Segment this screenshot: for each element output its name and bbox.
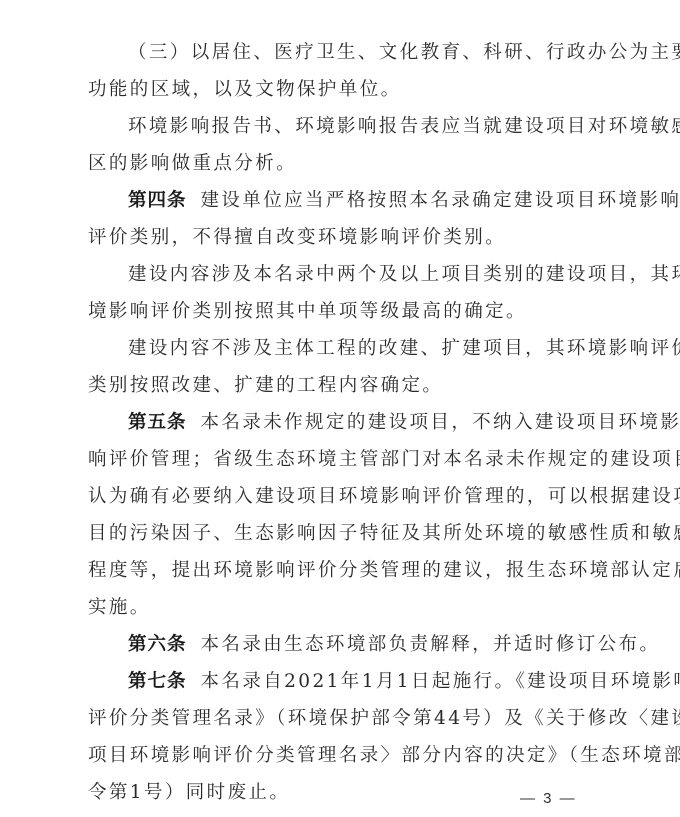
text-line: 实施。 xyxy=(48,589,594,626)
paragraph-multiple-categories: 建设内容涉及本名录中两个及以上项目类别的建设项目，其环 境影响评价类别按照其中单… xyxy=(88,256,594,330)
text-line: 目的污染因子、生态影响因子特征及其所处环境的敏感性质和敏感 xyxy=(48,515,594,552)
text-line: 建设内容涉及本名录中两个及以上项目类别的建设项目，其环 xyxy=(88,256,594,293)
text-line: 令第1号）同时废止。 xyxy=(48,774,594,811)
text-line: 建设内容不涉及主体工程的改建、扩建项目，其环境影响评价 xyxy=(88,330,594,367)
text-line: 评价分类管理名录》（环境保护部令第44号）及《关于修改〈建设 xyxy=(48,700,594,737)
article-heading: 第五条 xyxy=(128,412,187,433)
text-line: 第四条建设单位应当严格按照本名录确定建设项目环境影响 xyxy=(88,182,594,219)
paragraph-article-4: 第四条建设单位应当严格按照本名录确定建设项目环境影响 评价类别，不得擅自改变环境… xyxy=(88,182,594,256)
text-span: 本名录未作规定的建设项目，不纳入建设项目环境影 xyxy=(201,412,680,433)
text-line: 项目环境影响评价分类管理名录〉部分内容的决定》（生态环境部 xyxy=(48,737,594,774)
text-line: 类别按照改建、扩建的工程内容确定。 xyxy=(48,367,594,404)
paragraph-item-3: （三）以居住、医疗卫生、文化教育、科研、行政办公为主要 功能的区域，以及文物保护… xyxy=(88,34,594,108)
text-line: 程度等，提出环境影响评价分类管理的建议，报生态环境部认定后 xyxy=(48,552,594,589)
text-span: 建设单位应当严格按照本名录确定建设项目环境影响 xyxy=(201,190,680,211)
document-page: （三）以居住、医疗卫生、文化教育、科研、行政办公为主要 功能的区域，以及文物保护… xyxy=(88,34,594,811)
text-line: 境影响评价类别按照其中单项等级最高的确定。 xyxy=(48,293,594,330)
article-heading: 第七条 xyxy=(128,671,187,692)
text-line: 第六条本名录由生态环境部负责解释，并适时修订公布。 xyxy=(88,626,594,663)
text-span: 本名录由生态环境部负责解释，并适时修订公布。 xyxy=(201,634,661,655)
paragraph-article-5: 第五条本名录未作规定的建设项目，不纳入建设项目环境影 响评价管理；省级生态环境主… xyxy=(88,404,594,626)
text-line: 功能的区域，以及文物保护单位。 xyxy=(48,71,594,108)
paragraph-article-6: 第六条本名录由生态环境部负责解释，并适时修订公布。 xyxy=(88,626,594,663)
text-line: 第七条本名录自2021年1月1日起施行。《建设项目环境影响 xyxy=(88,663,594,700)
page-number: — 3 — xyxy=(520,790,577,807)
text-line: （三）以居住、医疗卫生、文化教育、科研、行政办公为主要 xyxy=(88,34,594,71)
text-line: 区的影响做重点分析。 xyxy=(48,145,594,182)
paragraph-article-7: 第七条本名录自2021年1月1日起施行。《建设项目环境影响 评价分类管理名录》（… xyxy=(88,663,594,811)
article-heading: 第四条 xyxy=(128,190,187,211)
paragraph-reconstruction-projects: 建设内容不涉及主体工程的改建、扩建项目，其环境影响评价 类别按照改建、扩建的工程… xyxy=(88,330,594,404)
text-line: 第五条本名录未作规定的建设项目，不纳入建设项目环境影 xyxy=(88,404,594,441)
text-line: 响评价管理；省级生态环境主管部门对本名录未作规定的建设项目， xyxy=(48,441,594,478)
text-span: 本名录自2021年1月1日起施行。《建设项目环境影响 xyxy=(201,671,680,692)
article-heading: 第六条 xyxy=(128,634,187,655)
paragraph-sensitive-area-analysis: 环境影响报告书、环境影响报告表应当就建设项目对环境敏感 区的影响做重点分析。 xyxy=(88,108,594,182)
text-line: 评价类别，不得擅自改变环境影响评价类别。 xyxy=(48,219,594,256)
text-line: 环境影响报告书、环境影响报告表应当就建设项目对环境敏感 xyxy=(88,108,594,145)
text-line: 认为确有必要纳入建设项目环境影响评价管理的，可以根据建设项 xyxy=(48,478,594,515)
